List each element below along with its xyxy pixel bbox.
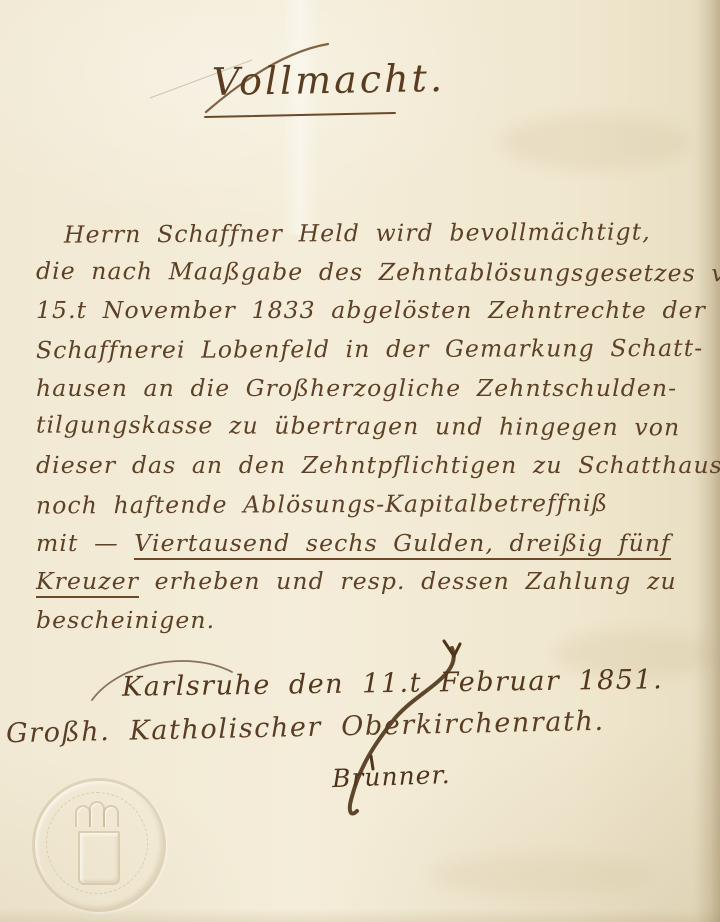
dateline: Karlsruhe den 11.t Februar 1851.	[122, 664, 664, 703]
manuscript-line: die nach Maaßgabe des Zehntablösungsgese…	[36, 252, 696, 293]
amount-line-rest: erheben und resp. dessen Zahlung zu	[139, 567, 677, 595]
manuscript-line: 15.t November 1833 abgelösten Zehntrecht…	[36, 291, 696, 330]
manuscript-line: noch haftende Ablösungs-Kapitalbetreffni…	[36, 483, 696, 525]
amount-prefix: mit —	[36, 529, 134, 557]
manuscript-line-amount-2: Kreuzer erheben und resp. dessen Zahlung…	[36, 562, 696, 601]
manuscript-line: Herrn Schaffner Held wird bevollmächtigt…	[36, 212, 696, 254]
seal-shield-icon	[78, 831, 120, 885]
amount-underlined-text-2: Kreuzer	[36, 567, 139, 598]
manuscript-line: tilgungskasse zu übertragen und hingegen…	[36, 406, 696, 448]
issuing-authority: Großh. Katholischer Oberkirchenrath.	[6, 706, 605, 750]
document-title: Vollmacht.	[212, 56, 446, 104]
manuscript-line: hausen an die Großherzogliche Zehntschul…	[36, 369, 696, 408]
seal-crown-icon	[75, 803, 117, 827]
manuscript-line-amount: mit — Viertausend sechs Gulden, dreißig …	[36, 524, 696, 563]
scanned-document-page: Vollmacht. Herrn Schaffner Held wird bev…	[0, 0, 720, 922]
paper-fold-highlight	[282, 0, 318, 235]
paper-stain	[500, 115, 690, 170]
title-underline	[204, 112, 396, 118]
signature-paraph-top	[444, 641, 460, 656]
paper-stain	[430, 855, 650, 895]
document-body: Herrn Schaffner Held wird bevollmächtigt…	[36, 214, 696, 640]
signature: Brunner.	[332, 760, 452, 793]
crown-prong	[103, 805, 119, 827]
amount-underlined-text: Viertausend sechs Gulden, dreißig fünf	[134, 529, 671, 560]
manuscript-line: dieser das an den Zehntpflichtigen zu Sc…	[36, 446, 696, 485]
manuscript-line: bescheinigen.	[36, 601, 696, 640]
embossed-seal	[32, 778, 166, 912]
manuscript-line: Schaffnerei Lobenfeld in der Gemarkung S…	[36, 329, 696, 370]
